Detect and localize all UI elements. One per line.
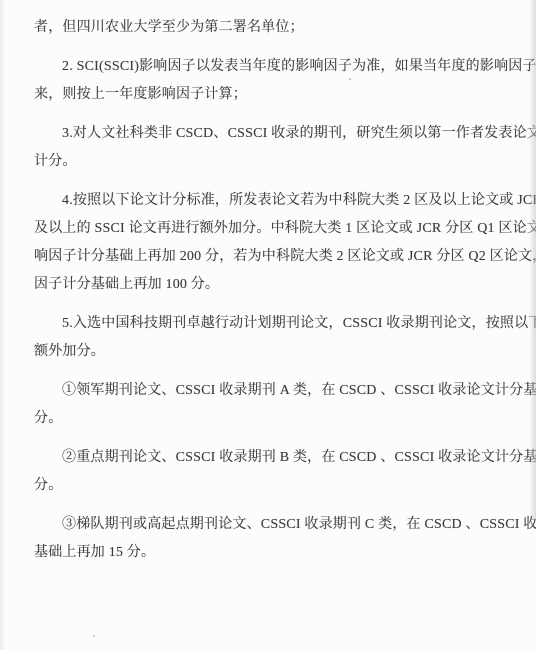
paragraph: 2. SCI(SSCI)影响因子以发表当年度的影响因子为准，如果当年度的影响因子… bbox=[34, 53, 506, 109]
text-line: 者，但四川农业大学至少为第二署名单位； bbox=[34, 14, 506, 42]
text-line: 及以上的 SSCI 论文再进行额外加分。中科院大类 1 区论文或 JCR 分区 … bbox=[34, 215, 506, 243]
text-line: ③梯队期刊或高起点期刊论文、CSSCI 收录期刊 C 类，在 CSCD 、CSS… bbox=[34, 511, 506, 539]
paragraph: 4.按照以下论文计分标准，所发表论文若为中科院大类 2 区及以上论文或 JCR … bbox=[34, 187, 506, 299]
text-line: ①领军期刊论文、CSSCI 收录期刊 A 类，在 CSCD 、CSSCI 收录论… bbox=[34, 377, 506, 405]
paragraph: ②重点期刊论文、CSSCI 收录期刊 B 类，在 CSCD 、CSSCI 收录论… bbox=[34, 444, 506, 500]
paragraph: 3.对人文社科类非 CSCD、CSSCI 收录的期刊，研究生须以第一作者发表论文… bbox=[34, 120, 506, 176]
scan-edge-shadow-left bbox=[0, 0, 6, 650]
text-line: 3.对人文社科类非 CSCD、CSSCI 收录的期刊，研究生须以第一作者发表论文… bbox=[34, 120, 506, 148]
paragraph: ①领军期刊论文、CSSCI 收录期刊 A 类，在 CSCD 、CSSCI 收录论… bbox=[34, 377, 506, 433]
text-line: 5.入选中国科技期刊卓越行动计划期刊论文，CSSCI 收录期刊论文，按照以下标准… bbox=[34, 310, 506, 338]
text-line: ②重点期刊论文、CSSCI 收录期刊 B 类，在 CSCD 、CSSCI 收录论… bbox=[34, 444, 506, 472]
text-line: 额外加分。 bbox=[34, 338, 506, 366]
text-line: 分。 bbox=[34, 472, 506, 500]
scan-speck bbox=[349, 78, 351, 80]
text-line: 因子计分基础上再加 100 分。 bbox=[34, 271, 506, 299]
text-line: 4.按照以下论文计分标准，所发表论文若为中科院大类 2 区及以上论文或 JCR … bbox=[34, 187, 506, 215]
document-body: 者，但四川农业大学至少为第二署名单位；2. SCI(SSCI)影响因子以发表当年… bbox=[34, 14, 506, 578]
text-line: 基础上再加 15 分。 bbox=[34, 539, 506, 567]
paragraph: 者，但四川农业大学至少为第二署名单位； bbox=[34, 14, 506, 42]
text-line: 响因子计分基础上再加 200 分，若为中科院大类 2 区论文或 JCR 分区 Q… bbox=[34, 243, 506, 271]
text-line: 2. SCI(SSCI)影响因子以发表当年度的影响因子为准，如果当年度的影响因子… bbox=[34, 53, 506, 81]
text-line: 来，则按上一年度影响因子计算； bbox=[34, 81, 506, 109]
scan-speck bbox=[93, 635, 95, 637]
scanned-document-page: 者，但四川农业大学至少为第二署名单位；2. SCI(SSCI)影响因子以发表当年… bbox=[0, 0, 536, 650]
text-line: 分。 bbox=[34, 405, 506, 433]
paragraph: 5.入选中国科技期刊卓越行动计划期刊论文，CSSCI 收录期刊论文，按照以下标准… bbox=[34, 310, 506, 366]
paragraph: ③梯队期刊或高起点期刊论文、CSSCI 收录期刊 C 类，在 CSCD 、CSS… bbox=[34, 511, 506, 567]
text-line: 计分。 bbox=[34, 148, 506, 176]
